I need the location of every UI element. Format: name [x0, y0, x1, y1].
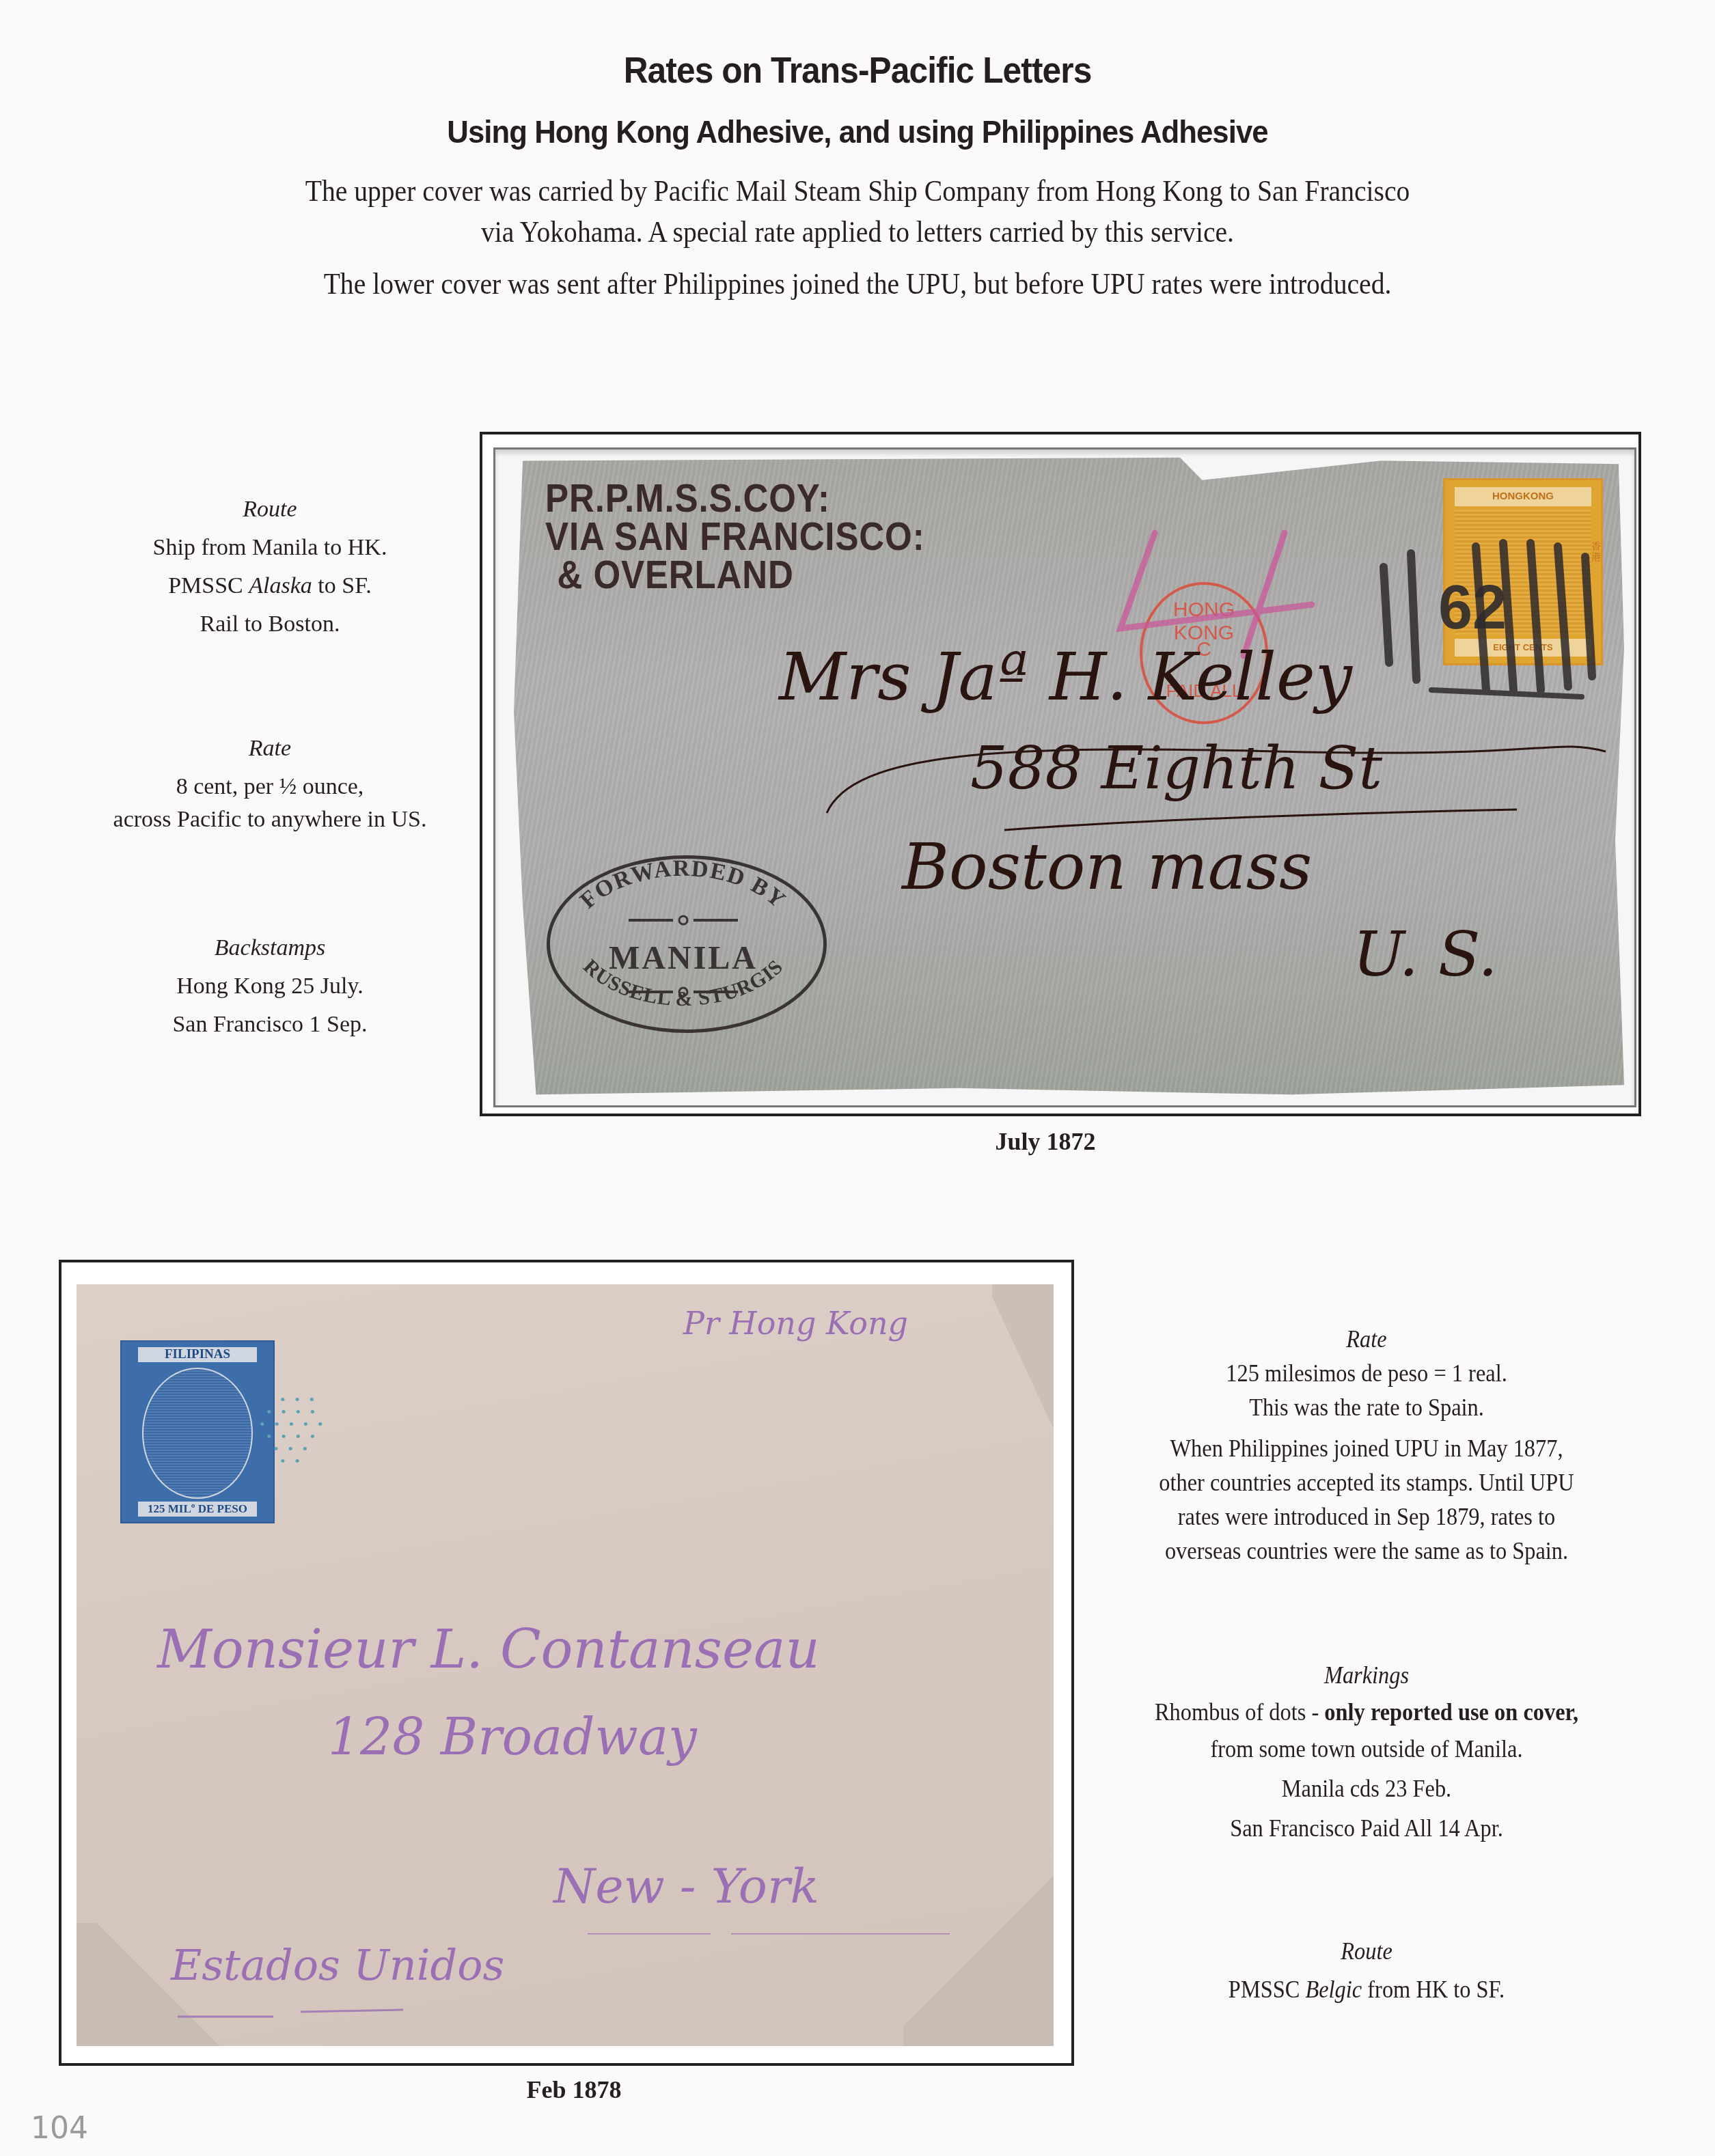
ship-name-belgic: Belgic — [1305, 1976, 1362, 2003]
route-prefix: PMSSC — [1229, 1976, 1306, 2003]
svg-text:62: 62 — [1438, 574, 1507, 642]
philippines-stamp: FILIPINAS 125 MILº DE PESO — [120, 1340, 275, 1523]
numeral-cancel-icon: 62 — [1363, 526, 1609, 710]
address-line-1: Mrs Jaª H. Kelley — [779, 639, 1352, 715]
markings-line-3: Manila cds 23 Feb. — [1102, 1770, 1631, 1807]
alfonso-xii-portrait-icon — [142, 1368, 253, 1499]
address-underlines — [164, 1933, 984, 2029]
forwarder-city: MANILA — [550, 939, 817, 977]
upu-paragraph-line-1: When Philippines joined UPU in May 1877, — [1102, 1431, 1631, 1465]
backstamps-heading: Backstamps — [55, 929, 485, 967]
upu-paragraph-line-3: rates were introduced in Sep 1879, rates… — [1102, 1499, 1631, 1534]
upper-route-note: Route Ship from Manila to HK. PMSSC Alas… — [55, 490, 485, 644]
lower-route-line: PMSSC Belgic from HK to SF. — [1102, 1970, 1631, 2008]
page-title: Rates on Trans-Pacific Letters — [68, 49, 1646, 92]
upper-rate-line-2: across Pacific to anywhere in US. — [55, 803, 485, 836]
route-prefix: PMSSC — [168, 573, 249, 598]
upper-route-line-1: Ship from Manila to HK. — [55, 529, 485, 567]
upper-rate-note: Rate 8 cent, per ½ ounce, across Pacific… — [55, 732, 485, 836]
ph-stamp-country: FILIPINAS — [138, 1347, 257, 1362]
markings-line-1: Rhombus of dots - only reported use on c… — [1102, 1694, 1631, 1730]
upper-route-heading: Route — [55, 490, 485, 529]
lower-rate-note: Rate 125 milesimos de peso = 1 real. Thi… — [1102, 1322, 1631, 1568]
markings-line-2: from some town outside of Manila. — [1102, 1730, 1631, 1767]
lower-rate-heading: Rate — [1102, 1322, 1631, 1356]
forwarder-oval-handstamp: FORWARDED BY RUSSELL & STURGIS MANILA — [547, 855, 827, 1033]
upu-paragraph-line-4: overseas countries were the same as to S… — [1102, 1534, 1631, 1568]
ship-name-alaska: Alaska — [249, 573, 312, 598]
ph-stamp-value: 125 MILº DE PESO — [138, 1502, 257, 1517]
address-flourish — [799, 710, 1619, 847]
markings-plain-text: Rhombus of dots - — [1155, 1698, 1324, 1726]
lower-address-line-2: 128 Broadway — [328, 1708, 697, 1767]
lower-markings-note: Markings Rhombus of dots - only reported… — [1102, 1657, 1631, 1847]
backstamp-line-2: San Francisco 1 Sep. — [55, 1006, 485, 1044]
upu-paragraph-line-2: other countries accepted its stamps. Unt… — [1102, 1465, 1631, 1499]
upper-route-line-2: PMSSC Alaska to SF. — [55, 567, 485, 605]
intro-line-2: via Yokohama. A special rate applied to … — [86, 215, 1630, 249]
lower-route-note: Route PMSSC Belgic from HK to SF. — [1102, 1932, 1631, 2008]
hk-stamp-country: HONGKONG — [1455, 487, 1591, 506]
markings-heading: Markings — [1102, 1657, 1631, 1694]
markings-emphasis: only reported use on cover, — [1324, 1698, 1578, 1726]
upper-cover-caption: July 1872 — [943, 1127, 1148, 1156]
lower-cover-caption: Feb 1878 — [471, 2075, 676, 2104]
lower-address-line-1: Monsieur L. Contanseau — [157, 1619, 820, 1681]
upper-rate-heading: Rate — [55, 732, 485, 765]
markings-line-4: San Francisco Paid All 14 Apr. — [1102, 1810, 1631, 1847]
handstamp-line-3: & OVERLAND — [545, 556, 925, 594]
backstamp-line-1: Hong Kong 25 July. — [55, 967, 485, 1006]
handstamp-line-2: VIA SAN FRANCISCO: — [545, 518, 925, 556]
route-suffix: from HK to SF. — [1362, 1976, 1505, 2003]
lower-rate-line-2: This was the rate to Spain. — [1102, 1390, 1631, 1424]
upper-rate-line-1: 8 cent, per ½ ounce, — [55, 771, 485, 803]
intro-line-3: The lower cover was sent after Philippin… — [86, 266, 1630, 301]
address-line-4: U. S. — [1353, 919, 1498, 991]
upper-backstamps-note: Backstamps Hong Kong 25 July. San Franci… — [55, 929, 485, 1044]
lower-route-heading: Route — [1102, 1932, 1631, 1970]
pencil-page-number: 104 — [31, 2111, 88, 2146]
route-suffix: to SF. — [312, 573, 372, 598]
svg-text:FORWARDED BY: FORWARDED BY — [575, 856, 791, 913]
routing-note-manuscript: Pr Hong Kong — [683, 1305, 908, 1342]
page-subtitle: Using Hong Kong Adhesive, and using Phil… — [43, 113, 1673, 150]
lower-address-line-3: New - York — [553, 1858, 819, 1914]
lower-rate-line-1: 125 milesimos de peso = 1 real. — [1102, 1356, 1631, 1390]
routing-handstamp: PR.P.M.S.S.COY: VIA SAN FRANCISCO: & OVE… — [545, 480, 925, 594]
upper-route-line-3: Rail to Boston. — [55, 605, 485, 644]
envelope-flap-fold — [992, 1284, 1054, 1441]
rhombus-of-dots-cancel-icon: • • • • • • • • • • • • • • • • • • • • … — [260, 1394, 342, 1467]
handstamp-line-1: PR.P.M.S.S.COY: — [545, 480, 925, 518]
intro-line-1: The upper cover was carried by Pacific M… — [86, 174, 1630, 208]
